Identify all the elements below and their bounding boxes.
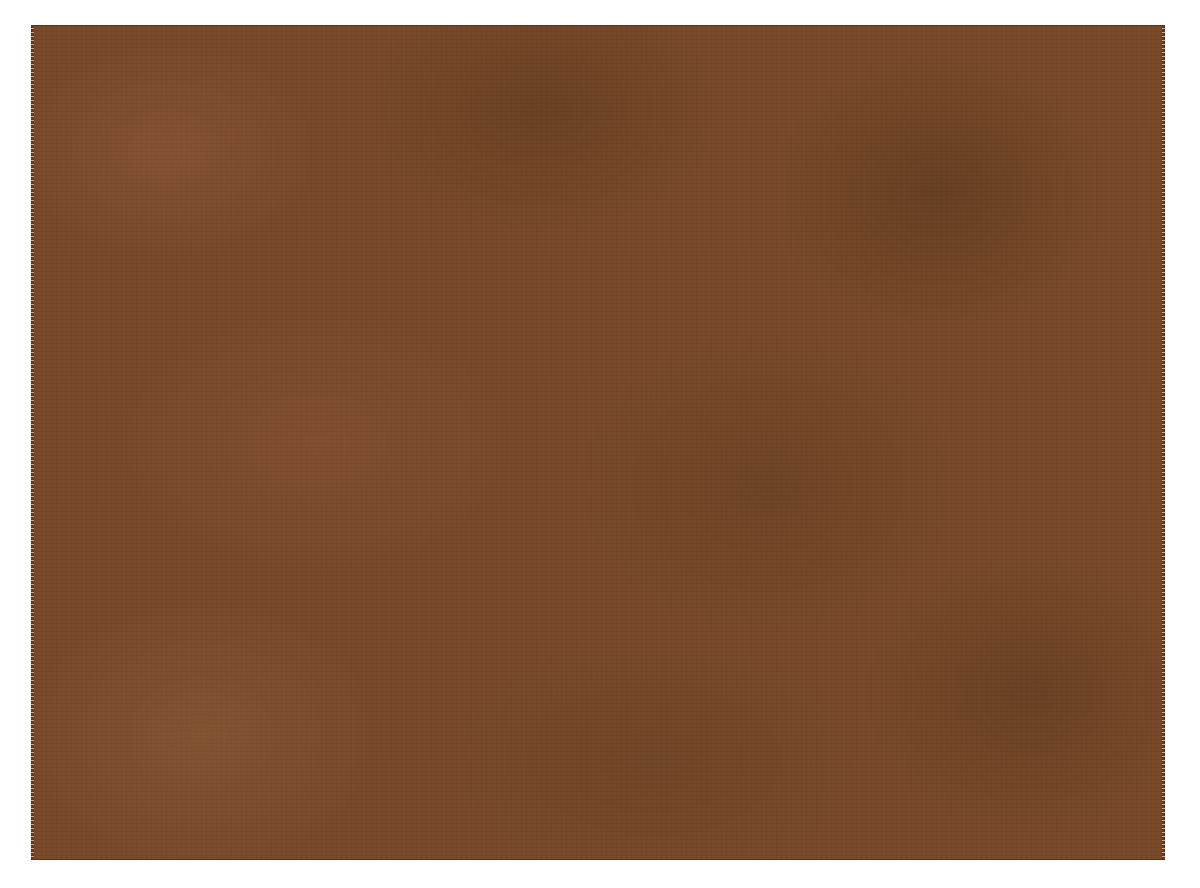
rug-edge-right (1162, 25, 1165, 860)
rug-edge-left (31, 25, 34, 860)
rug (31, 25, 1165, 860)
photo-stage (0, 0, 1200, 888)
